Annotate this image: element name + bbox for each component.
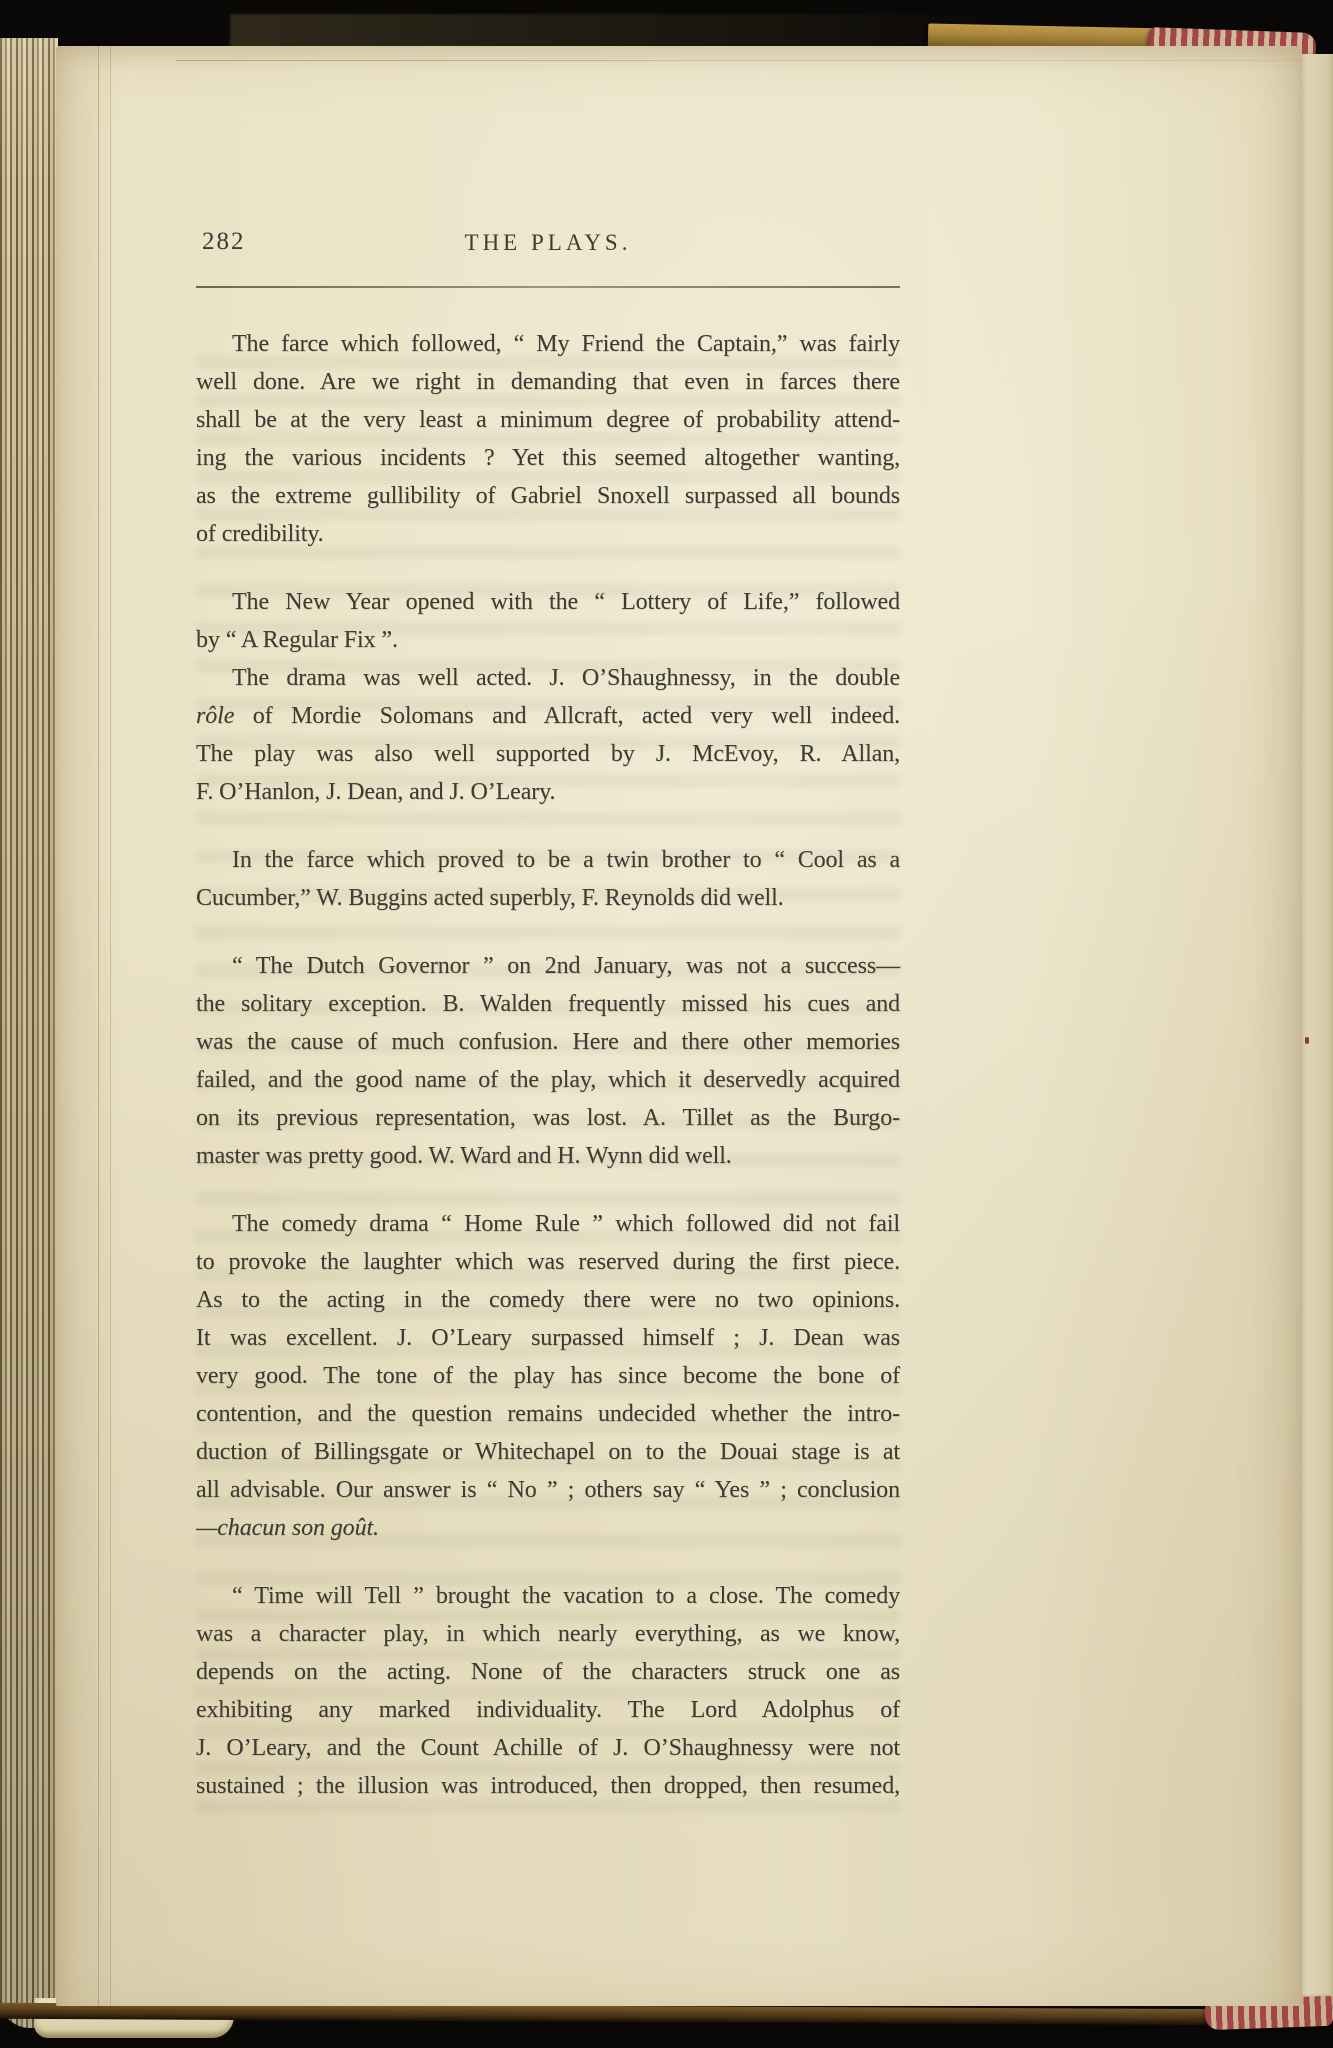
text-line: master was pretty good. W. Ward and H. W… — [196, 1137, 900, 1175]
text-line: on its previous representation, was lost… — [196, 1099, 900, 1137]
cover-impression-line — [176, 60, 1306, 61]
header-rule — [196, 286, 900, 288]
text-line: The play was also well supported by J. M… — [196, 735, 900, 773]
page-edge-line — [98, 46, 99, 2006]
page-edge-line — [110, 46, 111, 2006]
text-line: J. O’Leary, and the Count Achille of J. … — [196, 1729, 900, 1767]
ink-speck — [1305, 1037, 1309, 1044]
paragraph: “ Time will Tell ” brought the vacation … — [196, 1577, 900, 1805]
book-page: 282 THE PLAYS. The farce which followed,… — [56, 46, 1302, 2006]
text-line: The comedy drama “ Home Rule ” which fol… — [196, 1205, 900, 1243]
text-line: as the extreme gullibility of Gabriel Sn… — [196, 477, 900, 515]
paragraph: In the farce which proved to be a twin b… — [196, 841, 900, 917]
running-header: THE PLAYS. — [196, 230, 900, 256]
text-line: The New Year opened with the “ Lottery o… — [196, 583, 900, 621]
paragraph: The New Year opened with the “ Lottery o… — [196, 583, 900, 659]
text-line: by “ A Regular Fix ”. — [196, 621, 900, 659]
text-line: contention, and the question remains und… — [196, 1395, 900, 1433]
text-line: sustained ; the illusion was introduced,… — [196, 1767, 900, 1805]
page-fore-edges — [0, 38, 58, 2028]
text-line: all advisable. Our answer is “ No ” ; ot… — [196, 1471, 900, 1509]
text-line: F. O’Hanlon, J. Dean, and J. O’Leary. — [196, 773, 900, 811]
text-block: The farce which followed, “ My Friend th… — [196, 325, 900, 1805]
text-line: As to the acting in the comedy there wer… — [196, 1281, 900, 1319]
text-line: depends on the acting. None of the chara… — [196, 1653, 900, 1691]
text-line: ing the various incidents ? Yet this see… — [196, 439, 900, 477]
text-line: to provoke the laughter which was reserv… — [196, 1243, 900, 1281]
text-line: The drama was well acted. J. O’Shaughnes… — [196, 659, 900, 697]
text-line: In the farce which proved to be a twin b… — [196, 841, 900, 879]
text-line: shall be at the very least a minimum deg… — [196, 401, 900, 439]
text-line: the solitary exception. B. Walden freque… — [196, 985, 900, 1023]
book-cover-dark-band — [230, 14, 1010, 50]
text-line: exhibiting any marked individuality. The… — [196, 1691, 900, 1729]
text-line: It was excellent. J. O’Leary surpassed h… — [196, 1319, 900, 1357]
text-line: “ The Dutch Governor ” on 2nd January, w… — [196, 947, 900, 985]
text-line: failed, and the good name of the play, w… — [196, 1061, 900, 1099]
text-line: “ Time will Tell ” brought the vacation … — [196, 1577, 900, 1615]
text-line: of credibility. — [196, 515, 900, 553]
text-line: —chacun son goût. — [196, 1509, 900, 1547]
text-line: was a character play, in which nearly ev… — [196, 1615, 900, 1653]
text-line: Cucumber,” W. Buggins acted superbly, F.… — [196, 879, 900, 917]
paragraph: The comedy drama “ Home Rule ” which fol… — [196, 1205, 900, 1547]
text-line: well done. Are we right in demanding tha… — [196, 363, 900, 401]
text-line: The farce which followed, “ My Friend th… — [196, 325, 900, 363]
text-line: duction of Billingsgate or Whitechapel o… — [196, 1433, 900, 1471]
paragraph: “ The Dutch Governor ” on 2nd January, w… — [196, 947, 900, 1175]
paragraph: The drama was well acted. J. O’Shaughnes… — [196, 659, 900, 811]
text-line: was the cause of much confusion. Here an… — [196, 1023, 900, 1061]
text-line: very good. The tone of the play has sinc… — [196, 1357, 900, 1395]
page-header: 282 THE PLAYS. — [196, 228, 900, 262]
paragraph: The farce which followed, “ My Friend th… — [196, 325, 900, 553]
text-line: rôle of Mordie Solomans and Allcraft, ac… — [196, 697, 900, 735]
book-scan: 282 THE PLAYS. The farce which followed,… — [0, 0, 1333, 2048]
